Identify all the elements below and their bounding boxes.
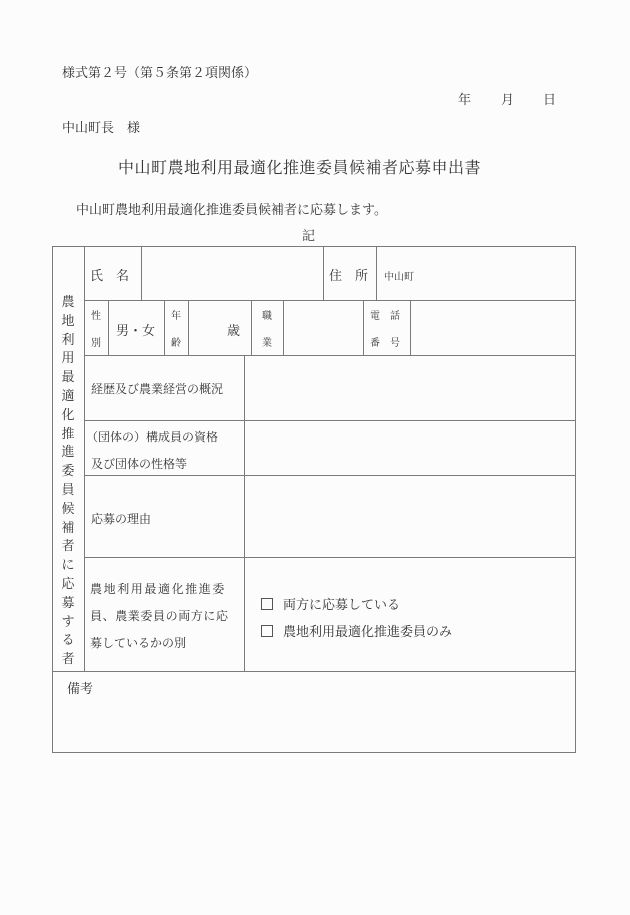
vertical-char: 者: [61, 651, 74, 670]
vertical-char: 者: [61, 538, 74, 557]
age-label-bottom: 齢: [171, 334, 181, 349]
page-title: 中山町農地利用最適化推進委員候補者応募申出書: [118, 155, 481, 178]
col-divider: [376, 246, 377, 300]
ki-heading: 記: [302, 225, 315, 244]
vertical-char: 化: [61, 407, 74, 426]
vertical-char: 員: [61, 482, 74, 501]
occupation-label-top: 職: [262, 307, 272, 322]
vertical-char: 委: [61, 463, 74, 482]
vertical-char: 募: [61, 595, 74, 614]
checkbox-both[interactable]: 両方に応募している: [261, 594, 400, 613]
checkbox-promoter-only[interactable]: 農地利用最適化推進委員のみ: [261, 621, 452, 640]
vertical-char: 用: [61, 350, 74, 369]
group-field[interactable]: [245, 421, 575, 475]
vertical-char: る: [61, 632, 74, 651]
vertical-char: 候: [61, 501, 74, 520]
occupation-field[interactable]: [284, 301, 363, 355]
intro-text: 中山町農地利用最適化推進委員候補者に応募します。: [76, 199, 387, 218]
col-divider: [164, 300, 165, 355]
career-label: 経歴及び農業経営の概況: [91, 380, 223, 397]
reason-label: 応募の理由: [91, 510, 151, 527]
applicant-vertical-label: 農 地 利 用 最 適 化 推 進 委 員 候 補 者 に 応 募 す る 者: [58, 294, 78, 670]
col-divider: [108, 300, 109, 355]
phone-label-bottom: 番 号: [370, 334, 400, 349]
sex-label-bottom: 別: [91, 334, 101, 349]
vertical-char: 最: [61, 369, 74, 388]
phone-field[interactable]: [411, 301, 575, 355]
date-month-label: 月: [501, 89, 514, 108]
checkbox-both-label: 両方に応募している: [283, 598, 400, 613]
vertical-char: す: [61, 614, 74, 633]
checkbox-icon[interactable]: [261, 625, 273, 637]
date-year-label: 年: [458, 89, 471, 108]
sex-label-top: 性: [91, 307, 101, 322]
address-prefix: 中山町: [384, 268, 414, 283]
sex-options[interactable]: 男・女: [116, 320, 155, 339]
age-field[interactable]: [189, 301, 251, 355]
name-field[interactable]: [142, 247, 323, 300]
form-number: 様式第２号（第５条第２項関係）: [62, 62, 257, 81]
address-label: 住 所: [329, 265, 368, 284]
vertical-char: 利: [61, 332, 74, 351]
col-divider: [363, 300, 364, 355]
both-label-line3: 募しているかの別: [90, 634, 186, 651]
age-unit: 歳: [227, 320, 240, 339]
vertical-char: 進: [61, 444, 74, 463]
col-divider: [84, 246, 85, 671]
row-divider: [84, 557, 575, 558]
group-label-line1: （団体の）構成員の資格: [86, 428, 218, 445]
vertical-char: 応: [61, 576, 74, 595]
checkbox-icon[interactable]: [261, 598, 273, 610]
both-label-line1: 農地利用最適化推進委: [90, 580, 226, 597]
address-field[interactable]: [420, 247, 575, 300]
col-divider: [323, 246, 324, 300]
group-label-line2: 及び団体の性格等: [91, 455, 187, 472]
name-label: 氏 名: [90, 265, 129, 284]
vertical-char: 適: [61, 388, 74, 407]
reason-field[interactable]: [245, 476, 575, 557]
age-label-top: 年: [171, 307, 181, 322]
phone-label-top: 電 話: [370, 307, 400, 322]
remarks-label: 備考: [67, 678, 93, 697]
occupation-label-bottom: 業: [262, 334, 272, 349]
checkbox-promoter-only-label: 農地利用最適化推進委員のみ: [283, 625, 452, 640]
date-day-label: 日: [543, 89, 556, 108]
addressee: 中山町長 様: [62, 117, 140, 136]
remarks-field[interactable]: [53, 696, 575, 752]
career-field[interactable]: [245, 356, 575, 420]
vertical-char: 推: [61, 426, 74, 445]
vertical-char: 補: [61, 520, 74, 539]
vertical-char: に: [61, 557, 74, 576]
row-divider: [52, 671, 576, 672]
both-label-line2: 員、農業委員の両方に応: [90, 607, 229, 624]
vertical-char: 農: [61, 294, 74, 313]
col-divider: [251, 300, 252, 355]
vertical-char: 地: [61, 313, 74, 332]
